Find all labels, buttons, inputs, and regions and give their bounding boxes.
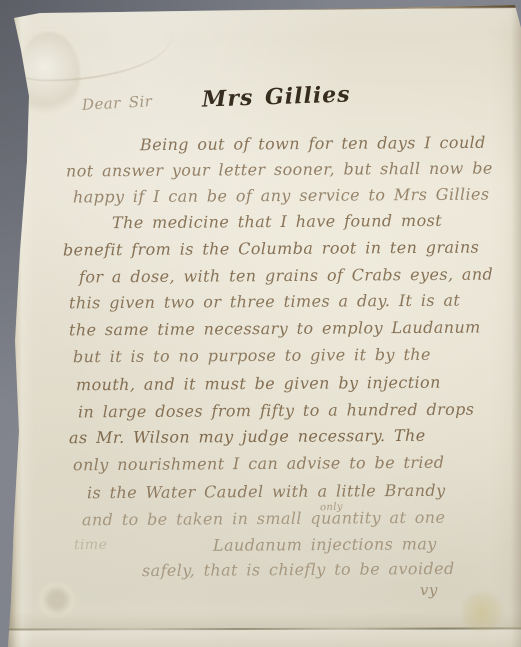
- letter-line: but it is to no purpose to give it by th…: [73, 345, 431, 366]
- letter-line: mouth, and it must be given by injection: [76, 373, 441, 395]
- letter-line: Laudanum injections may: [213, 534, 437, 555]
- faded-word: time: [74, 537, 107, 553]
- paper-below-fold: [8, 630, 521, 647]
- letter-line: and to be taken in small quantity at one: [82, 508, 445, 530]
- letter-line: in large doses from fifty to a hundred d…: [78, 400, 475, 422]
- letter-line: not answer your letter sooner, but shall…: [66, 159, 493, 181]
- letter-line: this given two or three times a day. It …: [69, 291, 460, 313]
- letter-line: Being out of town for ten days I could: [140, 133, 486, 154]
- paper-right-shadow: [511, 0, 521, 647]
- letter-line: happy if I can be of any service to Mrs …: [73, 185, 490, 207]
- letter-line: as Mr. Wilson may judge necessary. The: [69, 426, 426, 447]
- addressee-name: Mrs Gillies: [202, 81, 351, 112]
- catchword: vy: [420, 581, 438, 599]
- letter-line: only nourishment I can advise to be trie…: [73, 453, 445, 475]
- embossed-seal-top-left: [18, 32, 80, 120]
- fold-shading: [8, 611, 521, 629]
- letter-line: is the Water Caudel with a little Brandy: [87, 481, 446, 503]
- letter-line: The medicine that I have found most: [112, 211, 442, 232]
- letter-line: safely, that is chiefly to be avoided: [142, 559, 455, 580]
- salutation: Dear Sir: [82, 92, 153, 114]
- letter-paper: Dear Sir Mrs Gillies Being out of town f…: [0, 0, 521, 647]
- letter-line: the same time necessary to employ Laudan…: [69, 318, 481, 340]
- interlinear-insertion: only: [320, 502, 343, 514]
- letter-photograph: Dear Sir Mrs Gillies Being out of town f…: [0, 0, 521, 647]
- letter-line: benefit from is the Columba root in ten …: [63, 238, 479, 260]
- letter-line: for a dose, with ten grains of Crabs eye…: [79, 265, 493, 287]
